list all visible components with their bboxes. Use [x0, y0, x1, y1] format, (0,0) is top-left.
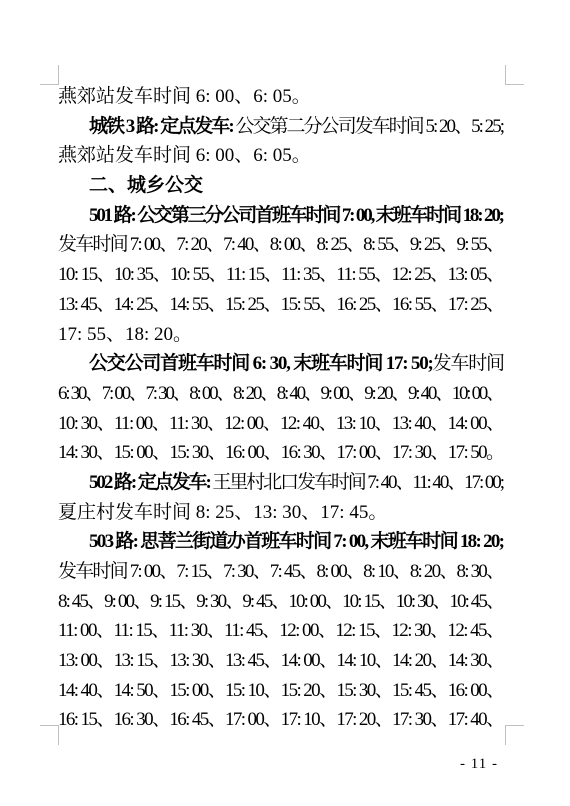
line-yanjiao-times: 燕郊站发车时间 6: 00、6: 05。 — [58, 141, 505, 171]
line-route-503-times: 13: 00、13: 15、13: 30、13: 45、14: 00、14: 1… — [58, 646, 505, 676]
line-route-501-times: 10: 15、10: 35、10: 55、11: 15、11: 35、11: 5… — [58, 260, 505, 290]
line-bus-company-times: 6: 30、7: 00、7: 30、8: 00、8: 20、8: 40、9: 0… — [58, 379, 505, 409]
line-bus-company-header: 公交公司首班车时间 6: 30, 末班车时间 17: 50;发车时间 — [58, 349, 505, 379]
line-route-503-times: 发车时间 7: 00、7: 15、7: 30、7: 45、8: 00、8: 10… — [58, 557, 505, 587]
page-number: - 11 - — [448, 756, 510, 773]
line-route-501-times: 13: 45、14: 25、14: 55、15: 25、15: 55、16: 2… — [58, 290, 505, 320]
line-route-501-header: 501 路: 公交第三分公司首班车时间 7: 00, 末班车时间 18: 20; — [58, 201, 505, 231]
document-page: 燕郊站发车时间 6: 00、6: 05。 城铁 3 路: 定点发车: 公交第二分… — [0, 0, 570, 806]
crop-mark-bottom-left — [40, 725, 59, 745]
line-route-501-times-end: 17: 55、18: 20。 — [58, 320, 505, 350]
crop-mark-bottom-right — [505, 725, 524, 745]
line-route-503-times: 14: 40、14: 50、15: 00、15: 10、15: 20、15: 3… — [58, 676, 505, 706]
line-route-503-times: 8: 45、9: 00、9: 15、9: 30、9: 45、10: 00、10:… — [58, 587, 505, 617]
line-yanjiao-times-continued: 燕郊站发车时间 6: 00、6: 05。 — [58, 82, 505, 112]
crop-mark-top-right — [505, 65, 524, 85]
line-route-502-times-end: 夏庄村发车时间 8: 25、13: 30、17: 45。 — [58, 498, 505, 528]
line-route-502-header: 502 路: 定点发车: 王里村北口发车时间 7: 40、11: 40、17: … — [58, 468, 505, 498]
line-route-503-times: 16: 15、16: 30、16: 45、17: 00、17: 10、17: 2… — [58, 705, 505, 735]
line-bus-company-times: 10: 30、11: 00、11: 30、12: 00、12: 40、13: 1… — [58, 409, 505, 439]
line-route-501-times: 发车时间 7: 00、7: 20、7: 40、8: 00、8: 25、8: 55… — [58, 230, 505, 260]
crop-mark-top-left — [40, 65, 59, 85]
line-chengtie-3-route: 城铁 3 路: 定点发车: 公交第二分公司发车时间 5: 20、5: 25; — [58, 112, 505, 142]
section-heading-urban-rural-bus: 二、城乡公交 — [58, 171, 505, 201]
document-body: 燕郊站发车时间 6: 00、6: 05。 城铁 3 路: 定点发车: 公交第二分… — [58, 82, 505, 735]
line-route-503-times: 11: 00、11: 15、11: 30、11: 45、12: 00、12: 1… — [58, 616, 505, 646]
line-bus-company-times-end: 14: 30、15: 00、15: 30、16: 00、16: 30、17: 0… — [58, 438, 505, 468]
line-route-503-header: 503 路: 思菩兰街道办首班车时间 7: 00, 末班车时间 18: 20; — [58, 527, 505, 557]
